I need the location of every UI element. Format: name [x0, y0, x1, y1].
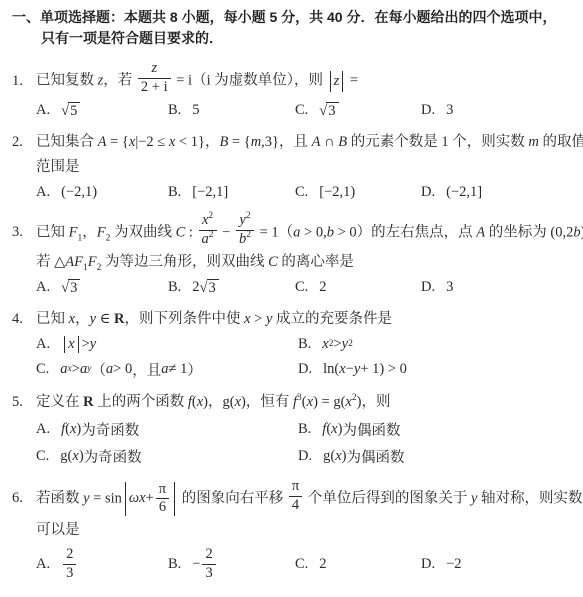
math-roman: = { [106, 134, 128, 150]
option: B.5 [168, 102, 295, 119]
text: ）的左右焦点，点 [357, 224, 477, 240]
math-roman: ,3} [261, 134, 279, 150]
math-roman: 2 [66, 546, 73, 562]
math-roman: 4 [292, 497, 299, 513]
math-roman: 2 [319, 279, 326, 296]
option-content: g(x) 为偶函数 [323, 446, 404, 467]
math-var: a [106, 361, 113, 378]
question-3: 3.已知 F1，F2 为双曲线 C : x2a2 − y2b2 = 1（a > … [12, 213, 573, 297]
math-bold: R [114, 311, 124, 327]
math-roman: 2 [246, 211, 251, 221]
math-var: m [251, 134, 261, 150]
option-row: A.x > yB.x2 > y2 [36, 336, 573, 353]
option-label: C. [295, 184, 308, 201]
text: ， [208, 394, 223, 410]
math-roman: |−2 ≤ [135, 134, 169, 150]
question-number: 6. [12, 488, 29, 509]
text: （ [192, 73, 207, 89]
question-stem-continuation: 可以是 [12, 520, 573, 541]
question-stem-line: 2.已知集合 A = {x|−2 ≤ x < 1}，B = {m,3}，且 A … [12, 132, 573, 153]
option-label: B. [168, 279, 181, 296]
text: 定义在 [36, 394, 83, 410]
math-roman: = sin [90, 490, 122, 506]
math-roman: 3 [205, 565, 212, 581]
text: 为双曲线 [110, 224, 175, 240]
math-sup: 2 [246, 211, 251, 221]
math-roman: 2 [209, 230, 214, 240]
option: D.(−2,1] [421, 184, 573, 201]
option: A.√3 [36, 279, 168, 297]
math-var: m [528, 134, 538, 150]
fraction-numerator: 2 [202, 547, 215, 565]
option: A.(−2,1) [36, 184, 168, 201]
option-content: −2 [446, 556, 461, 573]
option: B.2√3 [168, 279, 295, 297]
text: 上的两个函数 [94, 394, 188, 410]
question-list: 1.已知复数 z，若 z2 + i = i（i 为虚数单位），则 z =A.√5… [12, 61, 573, 582]
option-content: √5 [61, 102, 80, 120]
text: 若函数 [36, 490, 83, 506]
math-var: A [312, 134, 321, 150]
fraction-denominator: 2 + i [138, 79, 171, 96]
text: 个单位后得到的图象关于 [304, 490, 471, 506]
math-roman: 3 [328, 103, 335, 119]
math-sup: 2 [208, 211, 213, 221]
option: C.g(x) 为奇函数 [36, 446, 298, 467]
option-label: D. [421, 184, 435, 201]
option-label: B. [298, 421, 311, 438]
text: 为奇函数 [84, 446, 142, 467]
math-roman: − [219, 224, 234, 240]
question-6: 6.若函数 y = sinωx + π6 的图象向右平移 π4 个单位后得到的图… [12, 479, 573, 583]
option: B.f(x) 为偶函数 [298, 419, 573, 440]
option-label: A. [36, 279, 50, 296]
option-label: C. [36, 448, 49, 465]
math-roman: ) = g( [313, 394, 345, 410]
math-roman: g( [60, 448, 72, 465]
math-roman: g( [223, 394, 235, 410]
text: （ [91, 359, 106, 380]
math-roman: − [192, 556, 200, 573]
math-roman: = { [228, 134, 250, 150]
option-content: −23 [192, 547, 217, 582]
math-roman: : [185, 224, 196, 240]
text: 的取值 [539, 134, 583, 150]
math-roman: 2 [192, 279, 199, 296]
math-roman: 3 [70, 280, 77, 296]
text: 已知集合 [36, 134, 98, 150]
option: D.3 [421, 102, 573, 119]
option-row: A.√5B.5C.√3D.3 [36, 102, 573, 120]
option: B.[−2,1] [168, 184, 295, 201]
text: 为偶函数 [342, 419, 400, 440]
option-label: B. [168, 184, 181, 201]
math-var: AF [65, 254, 83, 270]
math-var: b [327, 224, 334, 240]
text: 范围是 [36, 159, 80, 175]
question-stem-line: 6.若函数 y = sinωx + π6 的图象向右平移 π4 个单位后得到的图… [12, 479, 573, 517]
question-stem-line: 4.已知 x，y ∈ R，则下列条件中使 x > y 成立的充要条件是 [12, 309, 573, 330]
option-row: C.ax > ay（a > 0，且 a ≠ 1）D.ln(x − y + 1) … [36, 359, 573, 380]
option-content: ln(x − y + 1) > 0 [323, 361, 407, 378]
math-abs: x [64, 336, 78, 353]
section-title-line2: 只有一项是符合题目要求的． [12, 28, 573, 49]
math-var: z [334, 71, 340, 92]
fraction-denominator: 4 [289, 497, 302, 514]
math-roman: 2 [246, 230, 251, 240]
math-fraction: z2 + i [138, 61, 171, 96]
option-content: 3 [446, 279, 453, 296]
fraction-denominator: b2 [236, 231, 254, 248]
option-content: 2√3 [192, 279, 218, 297]
option-row: A.f(x) 为奇函数B.f(x) 为偶函数 [36, 419, 573, 440]
fraction-denominator: a2 [199, 231, 217, 248]
fraction-numerator: π [289, 479, 302, 497]
math-fraction: x2a2 [199, 213, 217, 248]
question-stem-line: 5.定义在 R 上的两个函数 f(x)，g(x)，恒有 f3(x) = g(x2… [12, 392, 573, 413]
option: D.3 [421, 279, 573, 296]
section-title-line1: 一、单项选择题：本题共 8 小题，每小题 5 分，共 40 分．在每小题给出的四… [12, 7, 573, 28]
radicand: 3 [326, 102, 338, 120]
math-roman: 6 [159, 499, 166, 515]
question-number: 4. [12, 309, 29, 330]
option-label: D. [421, 279, 435, 296]
option-row: A.23B.−23C.2D.−2 [36, 547, 573, 582]
question-number: 2. [12, 132, 29, 153]
question-number: 1. [12, 71, 29, 92]
option: D.−2 [421, 556, 573, 573]
option-content: (−2,1) [61, 184, 97, 201]
math-roman: 3 [66, 565, 73, 581]
text: ，则下列条件中使 [124, 311, 244, 327]
math-roman: 2 [319, 556, 326, 573]
math-roman: 2 [205, 546, 212, 562]
math-roman: ln( [323, 361, 339, 378]
math-roman: + [146, 488, 154, 509]
option-label: C. [295, 279, 308, 296]
text: ，且 [279, 134, 312, 150]
text: 已知 [36, 311, 69, 327]
math-roman: 5 [192, 102, 199, 119]
option-label: A. [36, 421, 50, 438]
text: ，恒有 [246, 394, 293, 410]
radicand: 3 [207, 279, 219, 297]
text: 的离心率是 [278, 254, 354, 270]
math-var: F [97, 224, 106, 240]
math-var: ωx [129, 488, 146, 509]
text: ， [75, 311, 90, 327]
math-roman: (−2,1] [446, 184, 482, 201]
text: 为等边三角形，则双曲线 [101, 254, 268, 270]
option-row: A.√3B.2√3C.2D.3 [36, 279, 573, 297]
option-label: A. [36, 184, 50, 201]
math-roman: − [346, 361, 354, 378]
math-roman: −2 [446, 556, 461, 573]
question-5: 5.定义在 R 上的两个函数 f(x)，g(x)，恒有 f3(x) = g(x2… [12, 392, 573, 467]
math-roman: (−2,1) [61, 184, 97, 201]
option-row: C.g(x) 为奇函数D.g(x) 为偶函数 [36, 446, 573, 467]
option-label: A. [36, 336, 50, 353]
math-var: y [90, 336, 96, 353]
math-fraction: π6 [156, 482, 169, 517]
text: ） [187, 359, 202, 380]
fraction-denominator: 6 [156, 499, 169, 516]
option-content: √3 [61, 279, 80, 297]
text: 的元素个数是 1 个，则实数 [347, 134, 528, 150]
question-stem-continuation: 若 △AF1F2 为等边三角形，则双曲线 C 的离心率是 [12, 252, 573, 273]
text: 成立的充要条件是 [272, 311, 392, 327]
option-row: A.(−2,1)B.[−2,1]C.[−2,1)D.(−2,1] [36, 184, 573, 201]
math-roman: π [292, 478, 299, 494]
radicand: 3 [68, 279, 80, 297]
text: 为偶函数 [346, 446, 404, 467]
option-label: D. [298, 448, 312, 465]
fraction-numerator: 2 [63, 547, 76, 565]
math-roman: ∩ [321, 134, 339, 150]
option: C.2 [295, 279, 421, 296]
math-roman: 5 [70, 103, 77, 119]
option-content: (−2,1] [446, 184, 482, 201]
math-var: B [338, 134, 347, 150]
option-label: C. [295, 102, 308, 119]
text: ，则 [361, 394, 390, 410]
math-var: B [219, 134, 228, 150]
math-roman: △ [54, 254, 65, 270]
math-roman: > 0, [300, 224, 326, 240]
option-content: [−2,1) [319, 184, 355, 201]
math-roman: > 0 [113, 361, 132, 378]
option: C.2 [295, 556, 421, 573]
math-roman: 3 [446, 102, 453, 119]
math-roman: [−2,1] [192, 184, 228, 201]
exam-page: 一、单项选择题：本题共 8 小题，每小题 5 分，共 40 分．在每小题给出的四… [0, 0, 583, 582]
fraction-numerator: π [156, 482, 169, 500]
option: D.g(x) 为偶函数 [298, 446, 573, 467]
math-roman: π [159, 481, 166, 497]
option: B.x2 > y2 [298, 336, 573, 353]
math-var: z [151, 60, 157, 76]
question-stem-continuation: 范围是 [12, 157, 573, 178]
math-sqrt: √3 [61, 279, 80, 297]
option: C.[−2,1) [295, 184, 421, 201]
math-var: F [88, 254, 97, 270]
fraction-numerator: y2 [236, 213, 254, 231]
math-var: b [573, 224, 580, 240]
math-sup: 2 [246, 230, 251, 240]
math-roman: = [346, 73, 358, 89]
math-var: A [476, 224, 485, 240]
option-label: B. [168, 556, 181, 573]
option-label: A. [36, 556, 50, 573]
math-sqrt: √3 [200, 279, 219, 297]
math-var: a [202, 231, 209, 247]
question-stem-line: 3.已知 F1，F2 为双曲线 C : x2a2 − y2b2 = 1（a > … [12, 213, 573, 248]
math-bold: R [83, 394, 93, 410]
fraction-denominator: 3 [202, 565, 215, 582]
option: A.23 [36, 547, 168, 582]
text: 可以是 [36, 522, 80, 538]
option-label: D. [421, 556, 435, 573]
math-roman: 2 + i [141, 79, 168, 95]
question-number: 3. [12, 222, 29, 243]
option-content: f(x) 为偶函数 [322, 419, 400, 440]
radicand: 5 [68, 102, 80, 120]
math-roman: = i [173, 73, 192, 89]
text: （ [279, 224, 294, 240]
option: A.f(x) 为奇函数 [36, 419, 298, 440]
math-var: a [60, 361, 67, 378]
text: 已知 [36, 224, 69, 240]
option-content: 2 [319, 556, 326, 573]
math-roman: > [82, 336, 90, 353]
option: B.−23 [168, 547, 295, 582]
math-roman: > [251, 311, 266, 327]
option-label: B. [168, 102, 181, 119]
fraction-numerator: x2 [199, 213, 217, 231]
math-fraction: 23 [63, 547, 76, 582]
option-label: C. [36, 361, 49, 378]
option-content: x2 > y2 [322, 336, 353, 353]
question-2: 2.已知集合 A = {x|−2 ≤ x < 1}，B = {m,3}，且 A … [12, 132, 573, 201]
text: ， [82, 224, 97, 240]
text: 的图象向右平移 [178, 490, 287, 506]
text: ，且 [132, 359, 161, 380]
math-roman: > 0 [334, 224, 357, 240]
math-var: C [176, 224, 186, 240]
option-label: B. [298, 336, 311, 353]
math-roman: 2 [208, 211, 213, 221]
option-content: f(x) 为奇函数 [61, 419, 139, 440]
option-label: D. [421, 102, 435, 119]
question-number: 5. [12, 392, 29, 413]
math-abs: z [330, 71, 344, 92]
option: A.x > y [36, 336, 298, 353]
text: 轴对称，则实数 [477, 490, 583, 506]
section-header: 一、单项选择题：本题共 8 小题，每小题 5 分，共 40 分．在每小题给出的四… [12, 7, 573, 49]
math-abs: ωx + π6 [125, 482, 175, 517]
option-content: √3 [319, 102, 338, 120]
math-sqrt: √3 [319, 102, 338, 120]
option-label: A. [36, 102, 50, 119]
math-sqrt: √5 [61, 102, 80, 120]
text: 的坐标为 [485, 224, 550, 240]
question-stem-line: 1.已知复数 z，若 z2 + i = i（i 为虚数单位），则 z = [12, 61, 573, 96]
text: 若 [36, 254, 54, 270]
math-roman: 2 [348, 339, 353, 349]
math-roman: 3 [209, 280, 216, 296]
math-roman: ≠ 1 [168, 361, 187, 378]
fraction-numerator: z [138, 61, 171, 79]
option-content: 2 [319, 279, 326, 296]
option-content: ax > ay（a > 0，且 a ≠ 1） [60, 359, 202, 380]
math-roman: ∈ [96, 311, 114, 327]
math-fraction: y2b2 [236, 213, 254, 248]
option: C.ax > ay（a > 0，且 a ≠ 1） [36, 359, 298, 380]
question-4: 4.已知 x，y ∈ R，则下列条件中使 x > y 成立的充要条件是A.x >… [12, 309, 573, 380]
math-fraction: π4 [289, 479, 302, 514]
math-roman: (0,2 [550, 224, 573, 240]
math-sup: 2 [209, 230, 214, 240]
math-roman: > [333, 336, 341, 353]
math-roman: 3 [446, 279, 453, 296]
text: 已知复数 [36, 73, 98, 89]
option: D.ln(x − y + 1) > 0 [298, 361, 573, 378]
math-var: a [161, 361, 168, 378]
question-1: 1.已知复数 z，若 z2 + i = i（i 为虚数单位），则 z =A.√5… [12, 61, 573, 120]
math-roman: [−2,1) [319, 184, 355, 201]
math-roman: < 1} [175, 134, 205, 150]
option-content: [−2,1] [192, 184, 228, 201]
option-content: 5 [192, 102, 199, 119]
text: ，若 [103, 73, 136, 89]
fraction-denominator: 3 [63, 565, 76, 582]
math-roman: + 1) > 0 [360, 361, 407, 378]
text: ， [205, 134, 220, 150]
option-content: x > y [61, 336, 96, 353]
option-label: D. [298, 361, 312, 378]
option-content: g(x) 为奇函数 [60, 446, 141, 467]
math-var: C [268, 254, 278, 270]
option: A.√5 [36, 102, 168, 120]
math-fraction: 23 [202, 547, 215, 582]
text: 为奇函数 [81, 419, 139, 440]
math-roman: = 1 [256, 224, 279, 240]
option-content: 23 [61, 547, 78, 582]
option-label: C. [295, 556, 308, 573]
option-content: 3 [446, 102, 453, 119]
option: C.√3 [295, 102, 421, 120]
text: 为虚数单位），则 [211, 73, 327, 89]
math-roman: > [72, 361, 80, 378]
math-var: x [68, 336, 74, 353]
math-roman: g( [323, 448, 335, 465]
